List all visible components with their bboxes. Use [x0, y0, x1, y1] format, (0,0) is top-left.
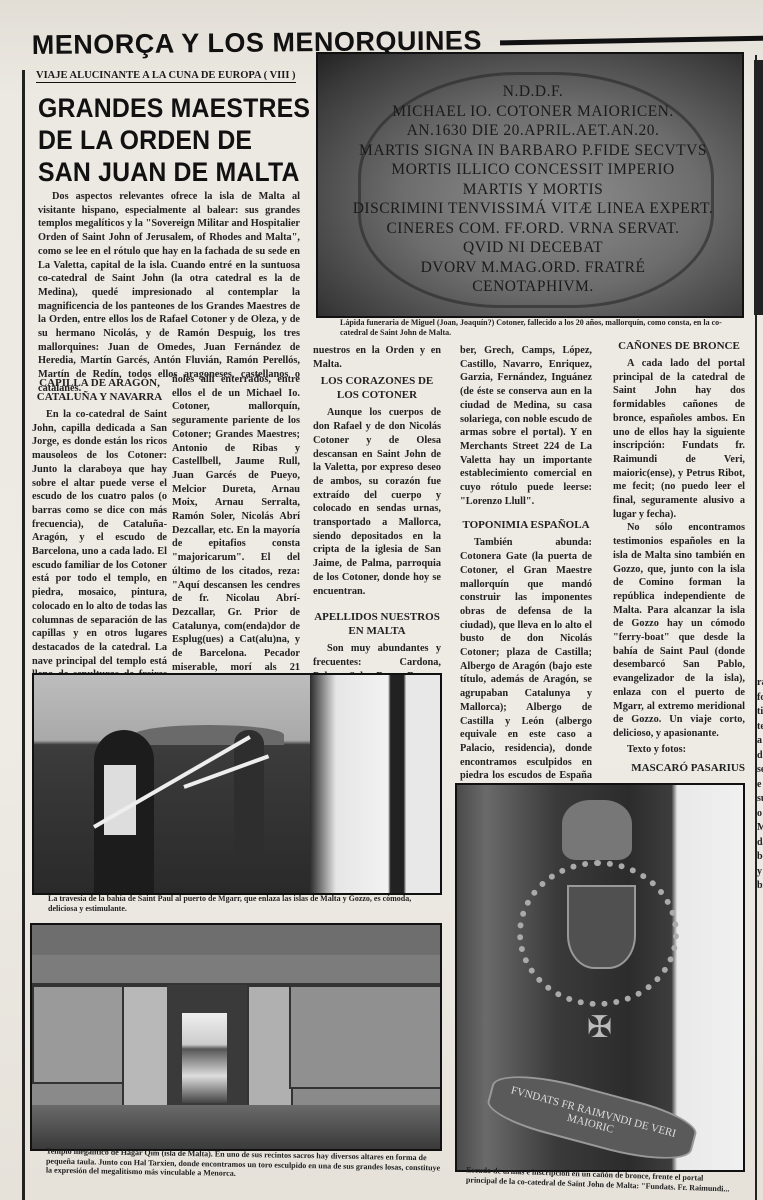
title-line: SAN JUAN DE MALTA [38, 156, 310, 188]
header-rule [500, 36, 763, 46]
stone-pillar [122, 985, 171, 1109]
intro-text: Dos aspectos relevantes ofrece la isla d… [38, 190, 300, 396]
section-text: Aunque los cuerpos de don Rafael y de do… [313, 406, 441, 598]
section-text: A cada lado del portal principal de la c… [613, 357, 745, 521]
subhead-corazones: LOS CORAZONES DE LOS COTONER [313, 374, 441, 402]
newspaper-page: MENORÇA Y LOS MENORQUINES VIAJE ALUCINAN… [0, 0, 763, 1200]
column-4: ber, Grech, Camps, López, Castillo, Nava… [460, 344, 592, 811]
white-jacket [104, 765, 136, 835]
stone-course [32, 955, 440, 986]
column-3: nuestros en la Orden y en Malta. LOS COR… [313, 344, 441, 683]
left-border-rule [22, 70, 25, 1200]
temple-photo [30, 923, 442, 1151]
column-1: CAPILLA DE ARAGÓN, CATALUÑA Y NAVARRA En… [32, 373, 167, 696]
ship-hull [310, 675, 440, 893]
tombstone-inscription: N.D.D.F. MICHAEL IO. COTONER MAIORICEN. … [348, 82, 718, 297]
ferry-photo [32, 673, 442, 895]
subhead-capilla: CAPILLA DE ARAGÓN, CATALUÑA Y NAVARRA [32, 376, 167, 404]
lintel-stones [32, 925, 440, 958]
subhead-apellidos: APELLIDOS NUESTROS EN MALTA [313, 610, 441, 638]
adjacent-text-fragment: ra fo ti te a d se e su o M da be y bi [757, 676, 763, 894]
ground [32, 1105, 440, 1149]
section-text: nuestros en la Orden y en Malta. [313, 344, 441, 371]
tombstone-photo: N.D.D.F. MICHAEL IO. COTONER MAIORICEN. … [316, 52, 744, 318]
subhead-toponimia: TOPONIMIA ESPAÑOLA [460, 518, 592, 532]
article-title: GRANDES MAESTRES DE LA ORDEN DE SAN JUAN… [38, 92, 310, 188]
column-2: ñoles allí enterrados, entre ellos el de… [172, 373, 300, 716]
intro-paragraph: Dos aspectos relevantes ofrece la isla d… [38, 190, 300, 396]
subhead-canones: CAÑONES DE BRONCE [613, 339, 745, 353]
stone-block [32, 985, 126, 1084]
cannon-photo: ✠ FVNDATS FR RAIMVNDI DE VERI MAIORIC [455, 783, 745, 1172]
title-line: GRANDES MAESTRES [38, 92, 310, 124]
stone-pillar [247, 985, 293, 1109]
section-text: ber, Grech, Camps, López, Castillo, Nava… [460, 344, 592, 508]
cannon-inscription-ribbon: FVNDATS FR RAIMVNDI DE VERI MAIORIC [483, 1064, 700, 1171]
inner-passage [182, 1013, 227, 1103]
title-line: DE LA ORDEN DE [38, 124, 310, 156]
series-kicker: VIAJE ALUCINANTE A LA CUNA DE EUROPA ( V… [36, 70, 296, 83]
man-figure [234, 730, 264, 860]
stone-block [289, 985, 442, 1089]
shield [567, 885, 636, 969]
maltese-cross-icon: ✠ [587, 1010, 612, 1045]
credit-label: Texto y fotos: [613, 743, 745, 757]
section-text: También abunda: Cotonera Gate (la puerta… [460, 536, 592, 810]
section-text: En la co-catedral de Saint John, capilla… [32, 408, 167, 696]
section-text: No sólo encontramos testimonios españole… [613, 521, 745, 740]
column-5: CAÑONES DE BRONCE A cada lado del portal… [613, 336, 745, 776]
tombstone-caption: Lápida funeraria de Miguel (Joan, Joaquí… [340, 318, 740, 337]
temple-caption: Templo megalítico de Hagar Qim (isla de … [46, 1147, 442, 1182]
adjacent-photo-edge [754, 60, 763, 315]
author-byline: MASCARÓ PASARIUS [613, 762, 745, 776]
section-text: ñoles allí enterrados, entre ellos el de… [172, 373, 300, 716]
crown [562, 800, 632, 860]
ferry-caption: La travesía de la bahía de Saint Paul al… [48, 894, 438, 913]
